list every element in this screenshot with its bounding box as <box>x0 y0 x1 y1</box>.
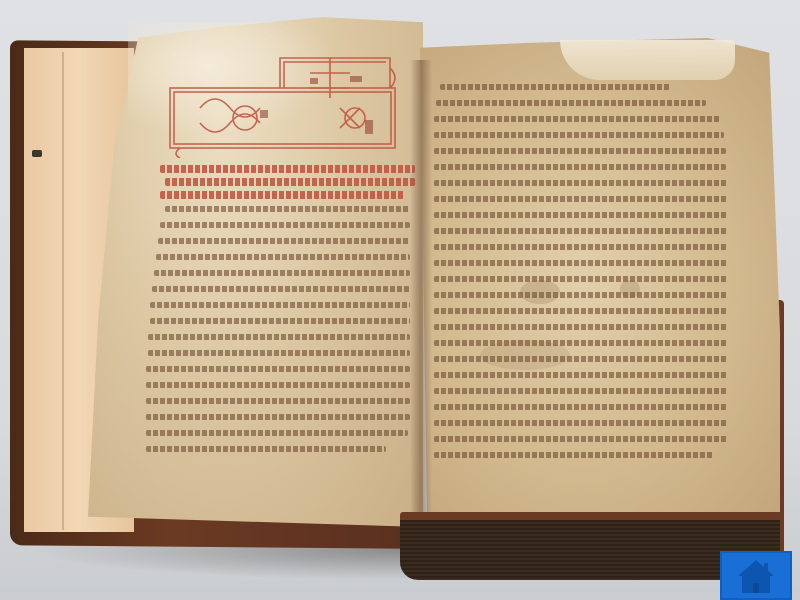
knotwork-headpiece <box>160 48 410 158</box>
rubric-line-1 <box>160 165 415 173</box>
page-stain <box>520 280 560 304</box>
home-button[interactable]: Home <box>720 551 792 600</box>
book-gutter <box>410 60 432 530</box>
home-icon <box>734 557 778 595</box>
manuscript-photo <box>0 0 800 600</box>
page-stain <box>480 340 570 370</box>
endpaper-fold <box>62 52 64 530</box>
rubric-line-2 <box>165 178 415 186</box>
rubric-line-3 <box>160 191 405 199</box>
clasp-pin <box>32 150 42 157</box>
right-page-worn-corner <box>560 40 735 80</box>
page-stain <box>620 280 640 298</box>
